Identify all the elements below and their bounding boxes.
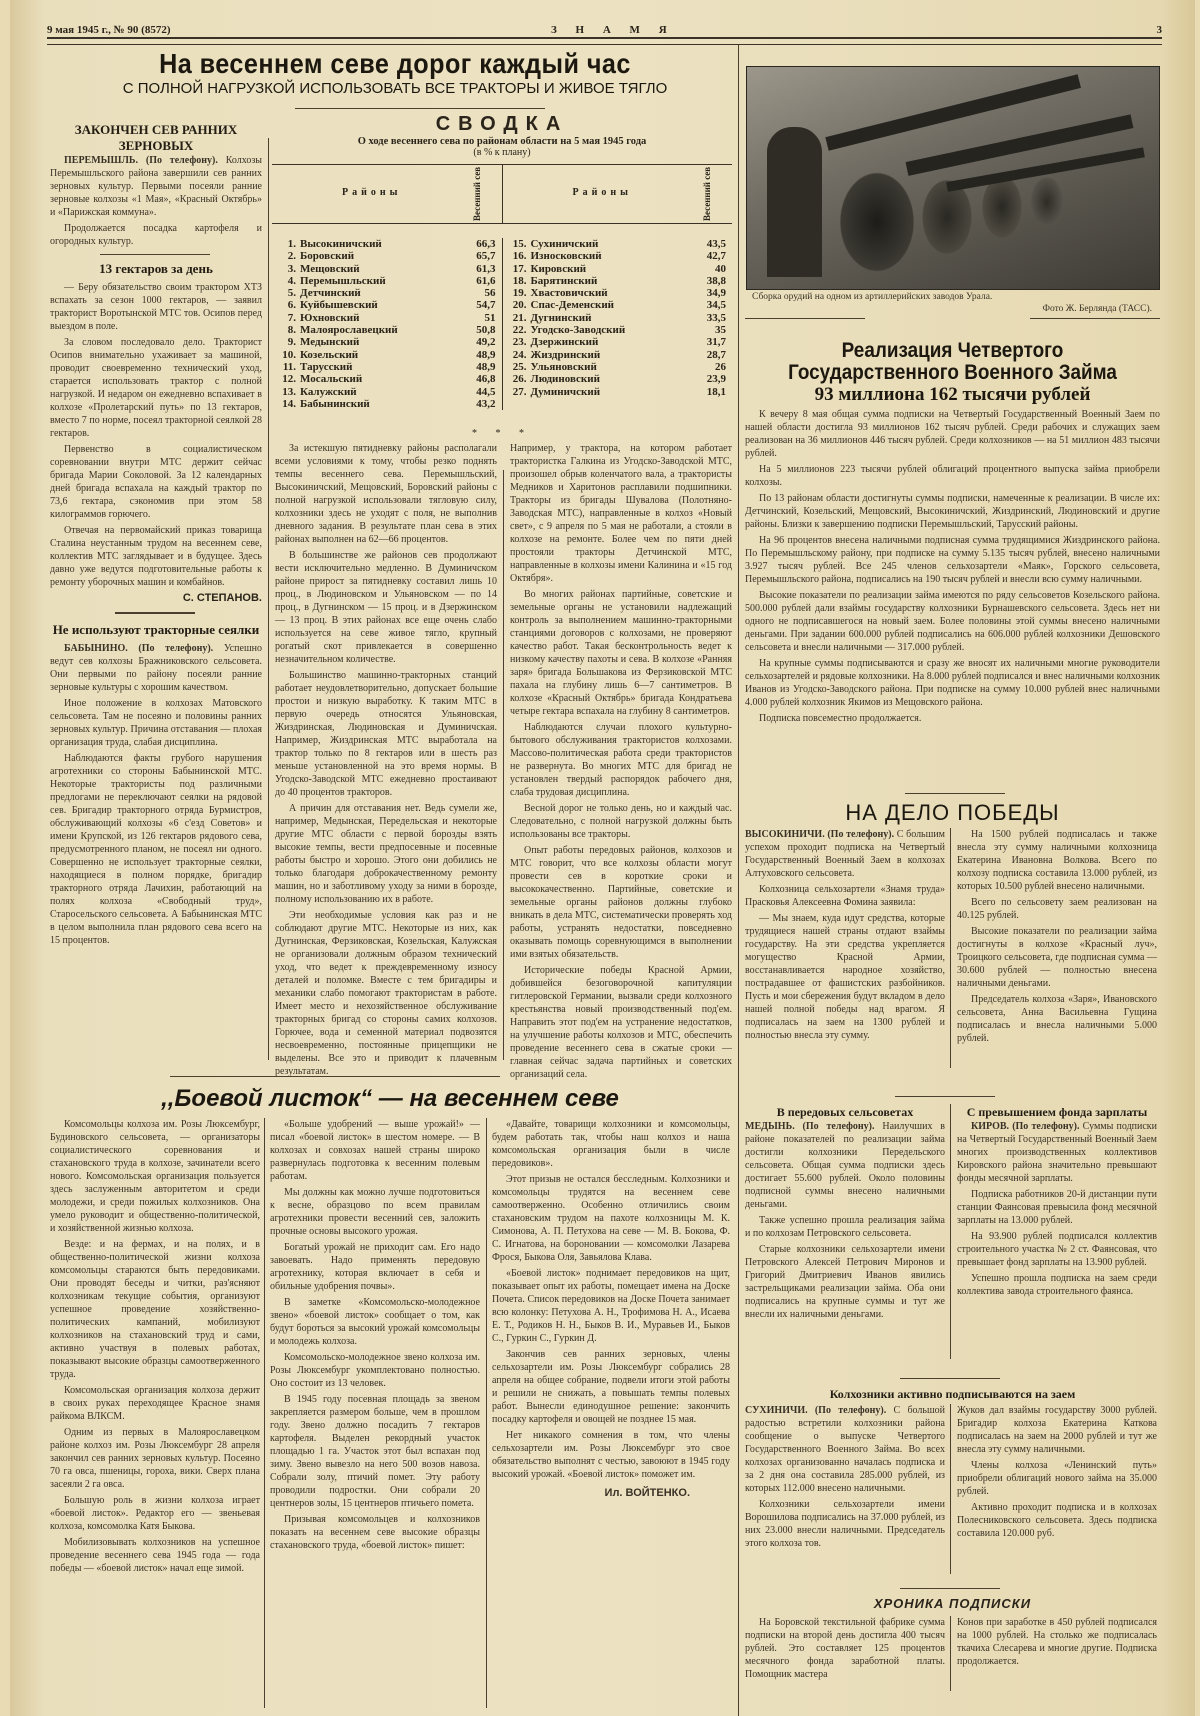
svodka-row: 1.Высокиничский66,3 (272, 238, 502, 250)
district-name: Жиздринский (529, 349, 688, 361)
column-divider (268, 470, 269, 1060)
svodka-row: 16.Износковский42,7 (503, 250, 733, 262)
sowing-percent: 61,6 (459, 275, 502, 287)
district-name: Думиничский (529, 386, 688, 398)
divider (900, 1378, 1000, 1379)
district-name: Хвастовичский (529, 287, 688, 299)
svodka-row: 11.Тарусский48,9 (272, 361, 502, 373)
article-body: — Беру обязательство своим трактором ХТЗ… (50, 281, 262, 589)
district-name: Угодско-Заводский (529, 324, 688, 336)
sowing-percent: 26 (688, 361, 732, 373)
byline: С. СТЕПАНОВ. (50, 592, 262, 604)
article-title: С превышением фонда зарплаты (957, 1104, 1157, 1120)
svodka-row: 22.Угодско-Заводский35 (503, 324, 733, 336)
sowing-percent: 65,7 (459, 250, 502, 262)
boevoy-col2: «Больше удобрений — выше урожай!» — писа… (270, 1118, 480, 1555)
column-divider (950, 1616, 951, 1691)
article-body: ПЕРЕМЫШЛЬ. (По телефону). Колхозы Перемы… (50, 154, 262, 248)
boevoy-col1: Комсомольцы колхоза им. Розы Люксембург,… (50, 1118, 260, 1578)
row-number: 20. (503, 299, 529, 311)
district-name: Медынский (298, 336, 459, 348)
row-number: 18. (503, 275, 529, 287)
svodka-row: 27.Думиничский18,1 (503, 386, 733, 398)
sowing-percent: 23,9 (688, 373, 732, 385)
artillery-photo (746, 66, 1160, 290)
sowing-percent: 40 (688, 263, 732, 275)
district-name: Спас-Деменский (529, 299, 688, 311)
col-district-header: Районы (272, 165, 472, 223)
column-divider (950, 1404, 951, 1574)
photo-caption: Сборка орудий на одном из артиллерийских… (752, 292, 1152, 302)
photo-credit: Фото Ж. Берлянда (ТАСС). (752, 304, 1152, 314)
paper-name: З Н А М Я (551, 24, 675, 36)
kolhozniki-col1: СУХИНИЧИ. (По телефону). С большой радос… (745, 1404, 945, 1553)
column-divider (268, 138, 269, 470)
district-name: Козельский (298, 349, 459, 361)
sowing-percent: 31,7 (688, 336, 732, 348)
row-number: 21. (503, 312, 529, 324)
column-divider (950, 828, 951, 1068)
lead-headline: На весеннем севе дорог каждый час (94, 48, 697, 80)
divider (295, 108, 545, 109)
svodka-body: 1.Высокиничский66,32.Боровский65,73.Мещо… (272, 238, 732, 410)
divider (905, 793, 1005, 794)
delo-col2: На 1500 рублей подписалась и также внесл… (957, 828, 1157, 1048)
district-name: Детчинский (298, 287, 459, 299)
chronicle-col2: Конов при заработке в 450 рублей подписа… (957, 1616, 1157, 1671)
district-name: Дзержинский (529, 336, 688, 348)
sowing-percent: 50,8 (459, 324, 502, 336)
peredovye-article: В передовых сельсоветах МЕДЫНЬ. (По теле… (745, 1104, 945, 1324)
col-value-header: Весенний сев (702, 165, 732, 223)
lead-subheadline: С ПОЛНОЙ НАГРУЗКОЙ ИСПОЛЬЗОВАТЬ ВСЕ ТРАК… (60, 80, 730, 97)
row-number: 5. (272, 287, 298, 299)
divider (895, 1096, 995, 1097)
svodka-unit: (в % к плану) (272, 147, 732, 158)
row-number: 7. (272, 312, 298, 324)
row-number: 17. (503, 263, 529, 275)
divider (745, 318, 865, 319)
row-number: 24. (503, 349, 529, 361)
svodka-table-left: 1.Высокиничский66,32.Боровский65,73.Мещо… (272, 238, 502, 410)
row-number: 22. (503, 324, 529, 336)
svodka-row: 14.Бабынинский43,2 (272, 398, 502, 410)
sowing-percent: 54,7 (459, 299, 502, 311)
sowing-percent: 35 (688, 324, 732, 336)
svodka-row: 21.Дугнинский33,5 (503, 312, 733, 324)
district-name: Юхновский (298, 312, 459, 324)
sowing-percent: 38,8 (688, 275, 732, 287)
column-divider (264, 1118, 265, 1708)
district-name: Бабынинский (298, 398, 459, 410)
sowing-percent: 44,5 (459, 386, 502, 398)
svodka-row: 3.Мещовский61,3 (272, 263, 502, 275)
district-name: Мещовский (298, 263, 459, 275)
svodka-row: 24.Жиздринский28,7 (503, 349, 733, 361)
svodka-row: 15.Сухиничский43,5 (503, 238, 733, 250)
row-number: 15. (503, 238, 529, 250)
row-number: 9. (272, 336, 298, 348)
svodka-row: 10.Козельский48,9 (272, 349, 502, 361)
svodka-subtitle: О ходе весеннего сева по районам области… (272, 136, 732, 147)
district-name: Износковский (529, 250, 688, 262)
district-name: Барятинский (529, 275, 688, 287)
sowing-percent: 48,9 (459, 361, 502, 373)
loan-amount: 93 миллиона 162 тысячи рублей (745, 384, 1160, 406)
divider (170, 1076, 500, 1077)
lead-header: На весеннем севе дорог каждый час С ПОЛН… (60, 48, 730, 97)
svodka-row: 7.Юхновский51 (272, 312, 502, 324)
svodka-row: 5.Детчинский56 (272, 287, 502, 299)
delo-col1: ВЫСОКИНИЧИ. (По телефону). С большим усп… (745, 828, 945, 1045)
row-number: 8. (272, 324, 298, 336)
row-number: 19. (503, 287, 529, 299)
row-number: 25. (503, 361, 529, 373)
boevoy-col3: «Давайте, товарищи колхозники и комсомол… (492, 1118, 730, 1500)
byline: Ил. ВОЙТЕНКО. (492, 1487, 690, 1500)
separator-stars: * * * (272, 428, 732, 439)
boevoy-headline: ,,Боевой листок“ — на весеннем севе (50, 1085, 730, 1113)
editorial-col2: Например, у трактора, на котором работае… (510, 442, 732, 1084)
col-district-header: Районы (503, 165, 703, 223)
editorial-col1: За истекшую пятидневку районы располагал… (275, 442, 497, 1081)
svodka-row: 2.Боровский65,7 (272, 250, 502, 262)
row-number: 4. (272, 275, 298, 287)
col-value-header: Весенний сев (472, 165, 502, 223)
row-number: 11. (272, 361, 298, 373)
loan-headline: Реализация Четвертого Государственного В… (766, 340, 1140, 384)
svodka-row: 26.Людиновский23,9 (503, 373, 733, 385)
svodka-row: 17.Кировский40 (503, 263, 733, 275)
row-number: 1. (272, 238, 298, 250)
svodka-row: 18.Барятинский38,8 (503, 275, 733, 287)
district-name: Перемышльский (298, 275, 459, 287)
svodka-row: 12.Мосальский46,8 (272, 373, 502, 385)
district-name: Высокиничский (298, 238, 459, 250)
district-name: Дугнинский (529, 312, 688, 324)
article-title: 13 гектаров за день (50, 261, 262, 277)
sowing-percent: 66,3 (459, 238, 502, 250)
svodka-row: 19.Хвастовичский34,9 (503, 287, 733, 299)
chronicle-col1: На Боровской текстильной фабрике сумма п… (745, 1616, 945, 1684)
sowing-percent: 18,1 (688, 386, 732, 398)
svodka-row: 8.Малоярославецкий50,8 (272, 324, 502, 336)
article-body: БАБЫНИНО. (По телефону). Успешно ведут с… (50, 642, 262, 947)
row-number: 26. (503, 373, 529, 385)
sowing-percent: 46,8 (459, 373, 502, 385)
column-divider (950, 1104, 951, 1359)
row-number: 14. (272, 398, 298, 410)
district-name: Тарусский (298, 361, 459, 373)
chronicle-title: ХРОНИКА ПОДПИСКИ (745, 1596, 1160, 1611)
article-title: Не используют тракторные сеялки (50, 622, 262, 638)
delo-headline: НА ДЕЛО ПОБЕДЫ (745, 800, 1160, 826)
article-title: ЗАКОНЧЕН СЕВ РАННИХ ЗЕРНОВЫХ (50, 122, 262, 154)
district-name: Мосальский (298, 373, 459, 385)
district-name: Малоярославецкий (298, 324, 459, 336)
article-body: МЕДЫНЬ. (По телефону). Наилучших в район… (745, 1120, 945, 1321)
sowing-percent: 61,3 (459, 263, 502, 275)
svodka-row: 4.Перемышльский61,6 (272, 275, 502, 287)
divider (1030, 318, 1160, 319)
column-divider (486, 1118, 487, 1708)
district-name: Куйбышевский (298, 299, 459, 311)
district-name: Людиновский (529, 373, 688, 385)
divider (115, 612, 195, 614)
divider (100, 254, 210, 255)
row-number: 16. (503, 250, 529, 262)
sowing-percent: 34,5 (688, 299, 732, 311)
sowing-percent: 34,9 (688, 287, 732, 299)
district-name: Кировский (529, 263, 688, 275)
svodka-row: 25.Ульяновский26 (503, 361, 733, 373)
kolhozniki-title: Колхозники активно подписываются на заем (745, 1386, 1160, 1402)
svodka-row: 6.Куйбышевский54,7 (272, 299, 502, 311)
sowing-percent: 51 (459, 312, 502, 324)
issue-date: 9 мая 1945 г., № 90 (8572) (47, 24, 171, 36)
row-number: 12. (272, 373, 298, 385)
row-number: 13. (272, 386, 298, 398)
column-divider (503, 470, 504, 1060)
sowing-percent: 48,9 (459, 349, 502, 361)
sowing-percent: 43,2 (459, 398, 502, 410)
sowing-percent: 28,7 (688, 349, 732, 361)
sowing-percent: 42,7 (688, 250, 732, 262)
sowing-percent: 43,5 (688, 238, 732, 250)
page-number: 3 (1157, 24, 1163, 36)
svodka-box: СВОДКА О ходе весеннего сева по районам … (272, 113, 732, 410)
sowing-percent: 49,2 (459, 336, 502, 348)
column-left: ЗАКОНЧЕН СЕВ РАННИХ ЗЕРНОВЫХ ПЕРЕМЫШЛЬ. … (50, 122, 262, 950)
svodka-row: 9.Медынский49,2 (272, 336, 502, 348)
svodka-header: Районы Весенний сев Районы Весенний сев (272, 164, 732, 224)
article-body: КИРОВ. (По телефону). Суммы подписки на … (957, 1120, 1157, 1298)
district-name: Сухиничский (529, 238, 688, 250)
row-number: 10. (272, 349, 298, 361)
row-number: 2. (272, 250, 298, 262)
zarplata-article: С превышением фонда зарплаты КИРОВ. (По … (957, 1104, 1157, 1301)
sowing-percent: 56 (459, 287, 502, 299)
district-name: Калужский (298, 386, 459, 398)
svodka-row: 13.Калужский44,5 (272, 386, 502, 398)
loan-body: К вечеру 8 мая общая сумма подписки на Ч… (745, 408, 1160, 725)
kolhozniki-col2: Жуков дал взаймы государству 3000 рублей… (957, 1404, 1157, 1543)
row-number: 6. (272, 299, 298, 311)
svodka-table-right: 15.Сухиничский43,516.Износковский42,717.… (503, 238, 733, 398)
sowing-percent: 33,5 (688, 312, 732, 324)
loan-article: Реализация Четвертого Государственного В… (745, 340, 1160, 728)
row-number: 27. (503, 386, 529, 398)
district-name: Ульяновский (529, 361, 688, 373)
article-title: В передовых сельсоветах (745, 1104, 945, 1120)
column-divider (738, 45, 739, 1716)
divider (900, 1588, 1000, 1589)
district-name: Боровский (298, 250, 459, 262)
masthead-rule (47, 37, 1162, 45)
svodka-row: 23.Дзержинский31,7 (503, 336, 733, 348)
svodka-title: СВОДКА (272, 113, 732, 136)
row-number: 3. (272, 263, 298, 275)
svodka-row: 20.Спас-Деменский34,5 (503, 299, 733, 311)
row-number: 23. (503, 336, 529, 348)
